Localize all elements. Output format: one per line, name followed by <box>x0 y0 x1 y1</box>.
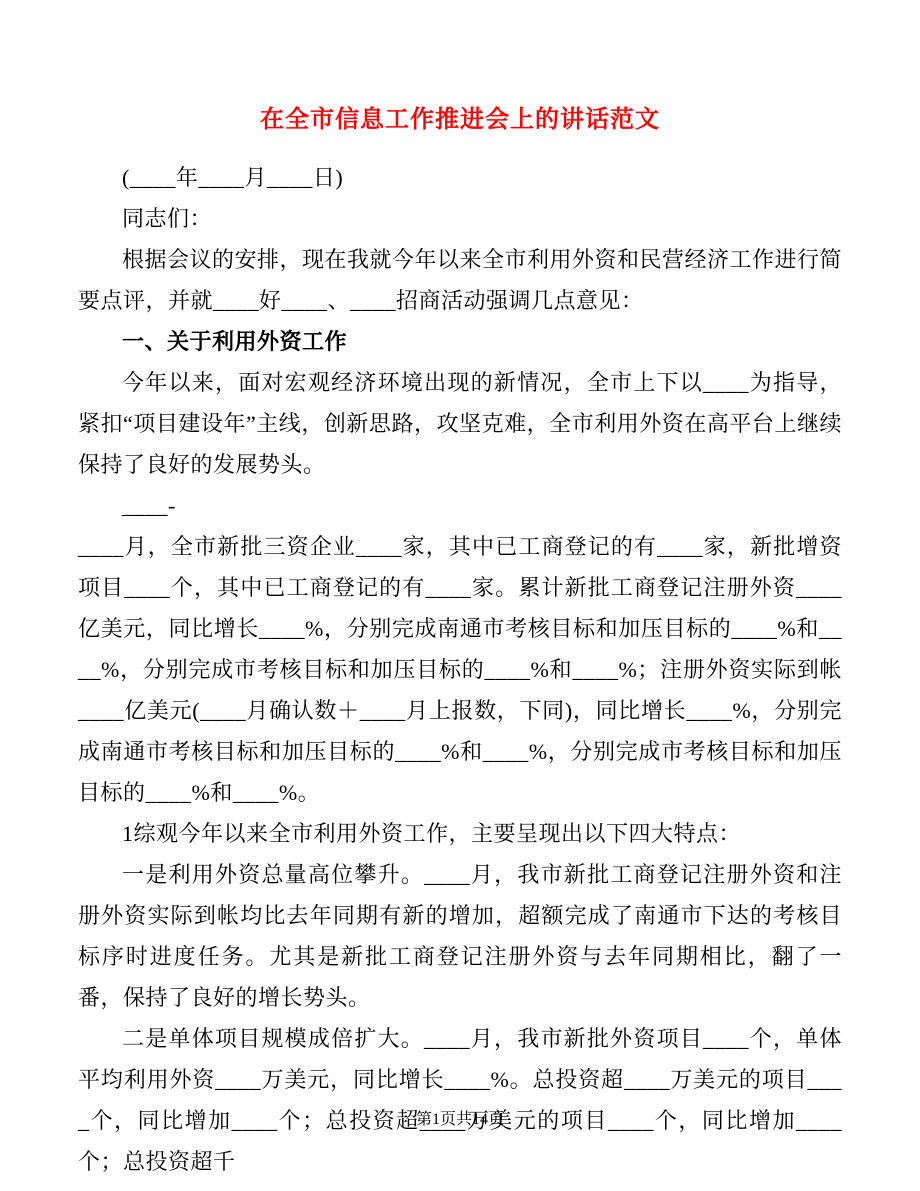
intro-paragraph: 根据会议的安排，现在我就今年以来全市利用外资和民营经济工作进行简要点评，并就__… <box>78 239 842 321</box>
salutation: 同志们： <box>78 198 842 239</box>
summary-lead-paragraph: 1综观今年以来全市利用外资工作，主要呈现出以下四大特点： <box>78 813 842 854</box>
date-line: (____年____月____日) <box>78 157 842 198</box>
document-page: 在全市信息工作推进会上的讲话范文 (____年____月____日) 同志们： … <box>0 0 920 1191</box>
section-heading: 一、关于利用外资工作 <box>78 321 842 362</box>
blank-dash-line: ____- <box>78 485 842 526</box>
feature-two-paragraph: 二是单体项目规模成倍扩大。____月，我市新批外资项目____个，单体平均利用外… <box>78 1018 842 1182</box>
page-footer: 第1页共14页 <box>0 1108 920 1132</box>
body-paragraph: 今年以来，面对宏观经济环境出现的新情况，全市上下以____为指导，紧扣“项目建设… <box>78 362 842 485</box>
document-content: 在全市信息工作推进会上的讲话范文 (____年____月____日) 同志们： … <box>78 103 842 1182</box>
statistics-paragraph: ____月，全市新批三资企业____家，其中已工商登记的有____家，新批增资项… <box>78 526 842 813</box>
page-title: 在全市信息工作推进会上的讲话范文 <box>78 103 842 137</box>
feature-one-paragraph: 一是利用外资总量高位攀升。____月，我市新批工商登记注册外资和注册外资实际到帐… <box>78 854 842 1018</box>
